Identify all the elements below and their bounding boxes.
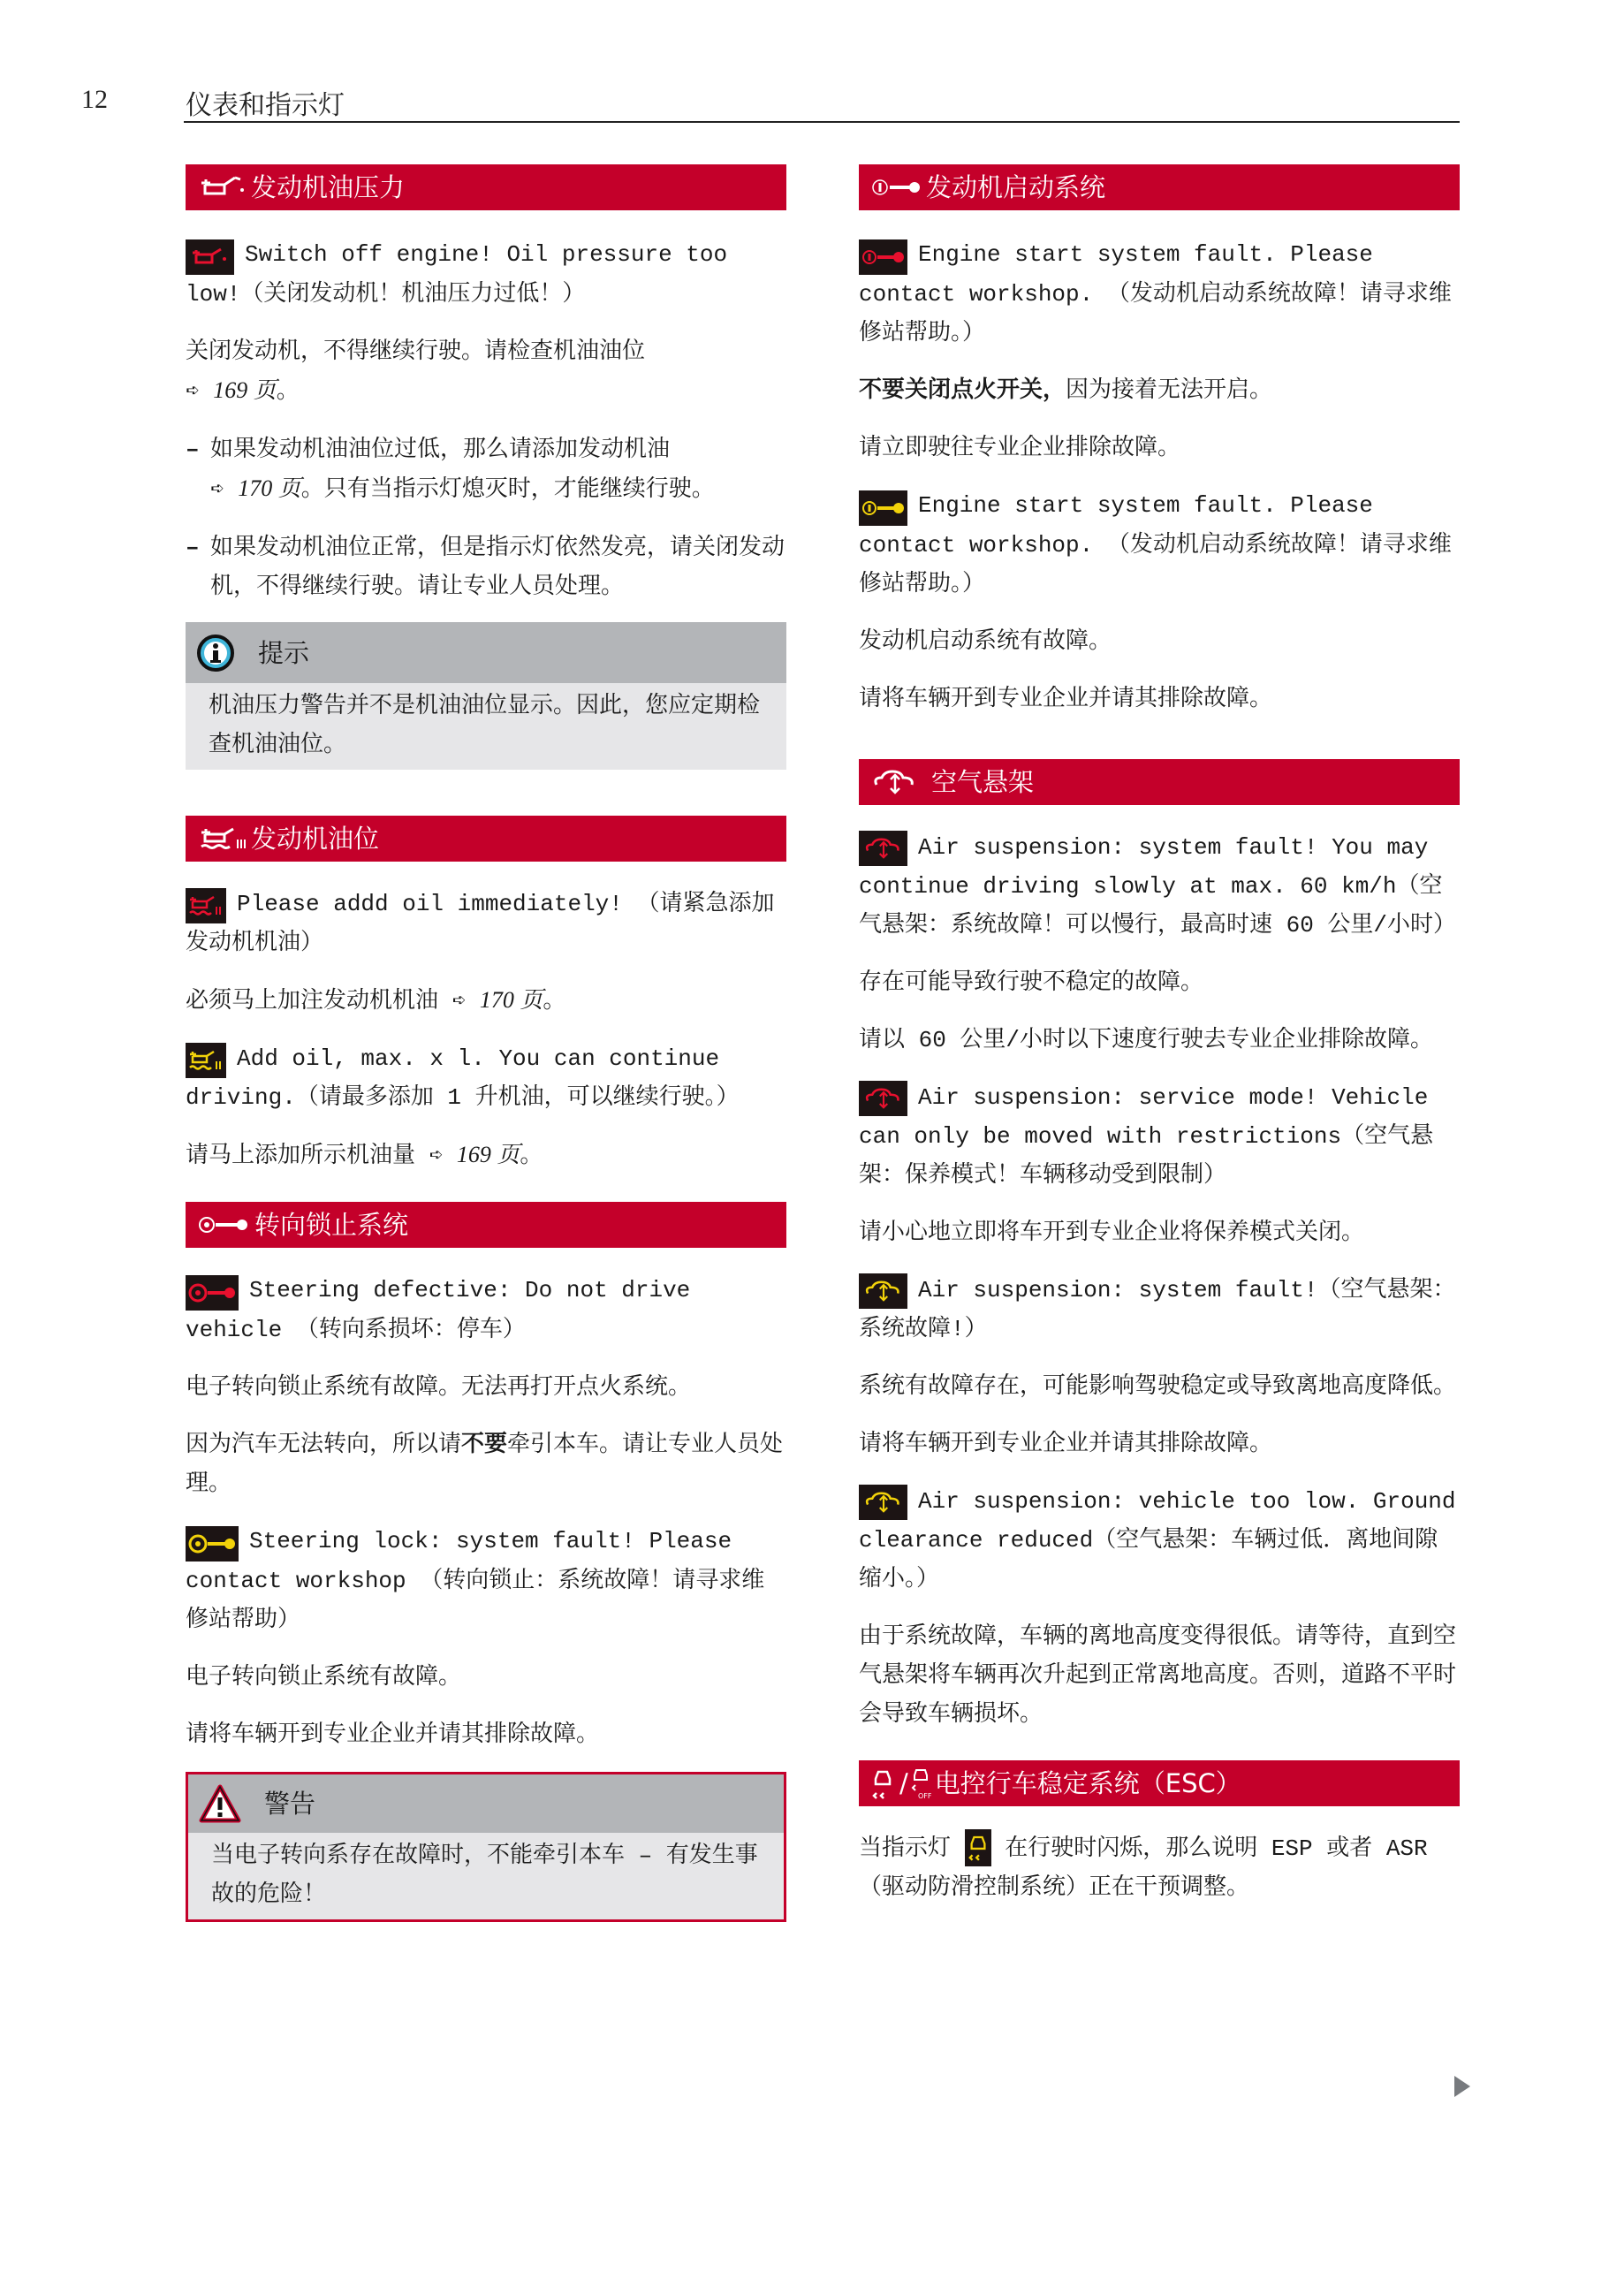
page-ref-link[interactable]: 170 页 (480, 987, 543, 1013)
warning-title: 警告 (264, 1784, 315, 1823)
air-suspension-yellow-icon (859, 1485, 907, 1520)
note-text: 机油压力警告并不是机油油位显示。因此，您应定期检查机油油位。 (186, 683, 786, 770)
list-item: – 如果发动机油油位过低，那么请添加发动机油➪ 170 页。只有当指示灯熄灭时，… (186, 430, 786, 509)
key-start-icon (871, 177, 922, 198)
info-icon (196, 634, 235, 672)
note-title: 提示 (258, 634, 309, 672)
left-column: 发动机油压力 Switch off engine! Oil pressure t… (186, 164, 786, 1922)
svg-text:OFF: OFF (918, 1792, 931, 1800)
oil-level-yellow-icon (186, 1043, 226, 1078)
section-bar-esc: / OFF 电控行车稳定系统（ESC） (859, 1760, 1460, 1806)
paragraph: 存在可能导致行驶不稳定的故障。 (859, 963, 1460, 1002)
esc-yellow-icon (965, 1829, 991, 1866)
list-item: – 如果发动机油位正常，但是指示灯依然发亮，请关闭发动机，不得继续行驶。请让专业… (186, 528, 786, 606)
paragraph: 电子转向锁止系统有故障。无法再打开点火系统。 (186, 1368, 786, 1407)
message-air-suspension-service-mode: Air suspension: service mode! Vehicle ca… (859, 1078, 1460, 1195)
steering-yellow-icon (186, 1526, 239, 1562)
air-suspension-icon (871, 769, 919, 795)
dash-bullet: – (186, 430, 210, 509)
header-rule (184, 121, 1460, 123)
note-box: 提示 机油压力警告并不是机油油位显示。因此，您应定期检查机油油位。 (186, 622, 786, 770)
steering-key-icon (198, 1214, 251, 1235)
paragraph: 当指示灯 在行驶时闪烁，那么说明 ESP 或者 ASR（驱动防滑控制系统）正在干… (859, 1829, 1460, 1907)
warning-box: 警告 当电子转向系存在故障时，不能牵引本车 – 有发生事故的危险！ (186, 1772, 786, 1922)
section-title: 发动机启动系统 (926, 168, 1105, 207)
section-title: 电控行车稳定系统（ESC） (935, 1764, 1241, 1803)
section-bar-engine-start: 发动机启动系统 (859, 164, 1460, 210)
message-air-suspension-too-low: Air suspension: vehicle too low. Ground … (859, 1482, 1460, 1599)
paragraph: 请以 60 公里/小时以下速度行驶去专业企业排除故障。 (859, 1021, 1460, 1060)
section-bar-air-suspension: 空气悬架 (859, 759, 1460, 805)
message-steering-defective: Steering defective: Do not drive vehicle… (186, 1271, 786, 1349)
oil-level-red-icon (186, 888, 226, 923)
section-title: 转向锁止系统 (254, 1205, 408, 1244)
message-engine-start-yellow: Engine start system fault. Please contac… (859, 486, 1460, 604)
engine-start-red-icon (859, 239, 907, 275)
message-steering-lock-fault: Steering lock: system fault! Please cont… (186, 1522, 786, 1639)
message-air-suspension-fault-yellow: Air suspension: system fault!（空气悬架：系统故障!… (859, 1271, 1460, 1349)
warning-triangle-icon (199, 1784, 241, 1823)
paragraph: 请将车辆开到专业企业并请其排除故障。 (186, 1715, 786, 1754)
dash-bullet: – (186, 528, 210, 606)
page-ref-arrow-icon: ➪ (186, 378, 200, 405)
paragraph: 关闭发动机，不得继续行驶。请检查机油油位 ➪ 169 页。 (186, 332, 786, 411)
page-ref-arrow-icon: ➪ (429, 1143, 444, 1169)
warning-header: 警告 (188, 1774, 784, 1833)
esc-off-icon: OFF (910, 1767, 931, 1800)
warning-text: 当电子转向系存在故障时，不能牵引本车 – 有发生事故的危险！ (188, 1833, 784, 1919)
paragraph: 因为汽车无法转向，所以请不要牵引本车。请让专业人员处理。 (186, 1425, 786, 1503)
note-header: 提示 (186, 622, 786, 683)
paragraph: 必须马上加注发动机机油 ➪ 170 页。 (186, 981, 786, 1021)
paragraph: 请将车辆开到专业企业并请其排除故障。 (859, 680, 1460, 718)
paragraph: 请立即驶往专业企业排除故障。 (859, 429, 1460, 467)
page-ref-arrow-icon: ➪ (452, 988, 467, 1014)
paragraph: 请马上添加所示机油量 ➪ 169 页。 (186, 1136, 786, 1175)
steering-red-icon (186, 1275, 239, 1311)
paragraph: 不要关闭点火开关，因为接着无法开启。 (859, 371, 1460, 410)
section-title: 发动机油位 (251, 819, 379, 858)
air-suspension-red-icon (859, 1081, 907, 1116)
message-add-oil-immediately: Please addd oil immediately! （请紧急添加发动机机油… (186, 885, 786, 962)
page-ref-link[interactable]: 169 页 (457, 1142, 520, 1167)
section-title: 空气悬架 (931, 763, 1034, 802)
paragraph: 系统有故障存在，可能影响驾驶稳定或导致离地高度降低。 (859, 1367, 1460, 1406)
engine-start-yellow-icon (859, 490, 907, 526)
chapter-title: 仪表和指示灯 (186, 83, 345, 122)
message-oil-pressure: Switch off engine! Oil pressure too low!… (186, 235, 786, 314)
triangle-right-icon[interactable] (1454, 2076, 1470, 2097)
section-title: 发动机油压力 (251, 168, 405, 207)
message-engine-start-red: Engine start system fault. Please contac… (859, 235, 1460, 353)
paragraph: 由于系统故障，车辆的离地高度变得很低。请等待，直到空气悬架将车辆再次升起到正常离… (859, 1617, 1460, 1734)
paragraph: 请小心地立即将车开到专业企业将保养模式关闭。 (859, 1213, 1460, 1252)
page-ref-link[interactable]: 169 页 (213, 377, 277, 403)
esc-skid-icon (871, 1767, 894, 1800)
page-ref-arrow-icon: ➪ (210, 476, 224, 503)
air-suspension-yellow-icon (859, 1273, 907, 1309)
right-column: 发动机启动系统 Engine start system fault. Pleas… (859, 164, 1460, 1907)
air-suspension-red-icon (859, 831, 907, 866)
section-bar-oil-level: 发动机油位 (186, 816, 786, 862)
oil-can-icon (198, 174, 247, 201)
section-bar-steering-lock: 转向锁止系统 (186, 1202, 786, 1248)
paragraph: 电子转向锁止系统有故障。 (186, 1658, 786, 1697)
section-bar-oil-pressure: 发动机油压力 (186, 164, 786, 210)
page-ref-link[interactable]: 170 页 (238, 475, 301, 501)
paragraph: 请将车辆开到专业企业并请其排除故障。 (859, 1425, 1460, 1463)
page-number: 12 (81, 85, 108, 115)
paragraph: 发动机启动系统有故障。 (859, 622, 1460, 661)
message-air-suspension-fault-red: Air suspension: system fault! You may co… (859, 828, 1460, 945)
message-add-oil-max: Add oil, max. x l. You can continue driv… (186, 1039, 786, 1117)
oil-pressure-red-icon (186, 239, 234, 275)
oil-level-icon (198, 825, 247, 852)
